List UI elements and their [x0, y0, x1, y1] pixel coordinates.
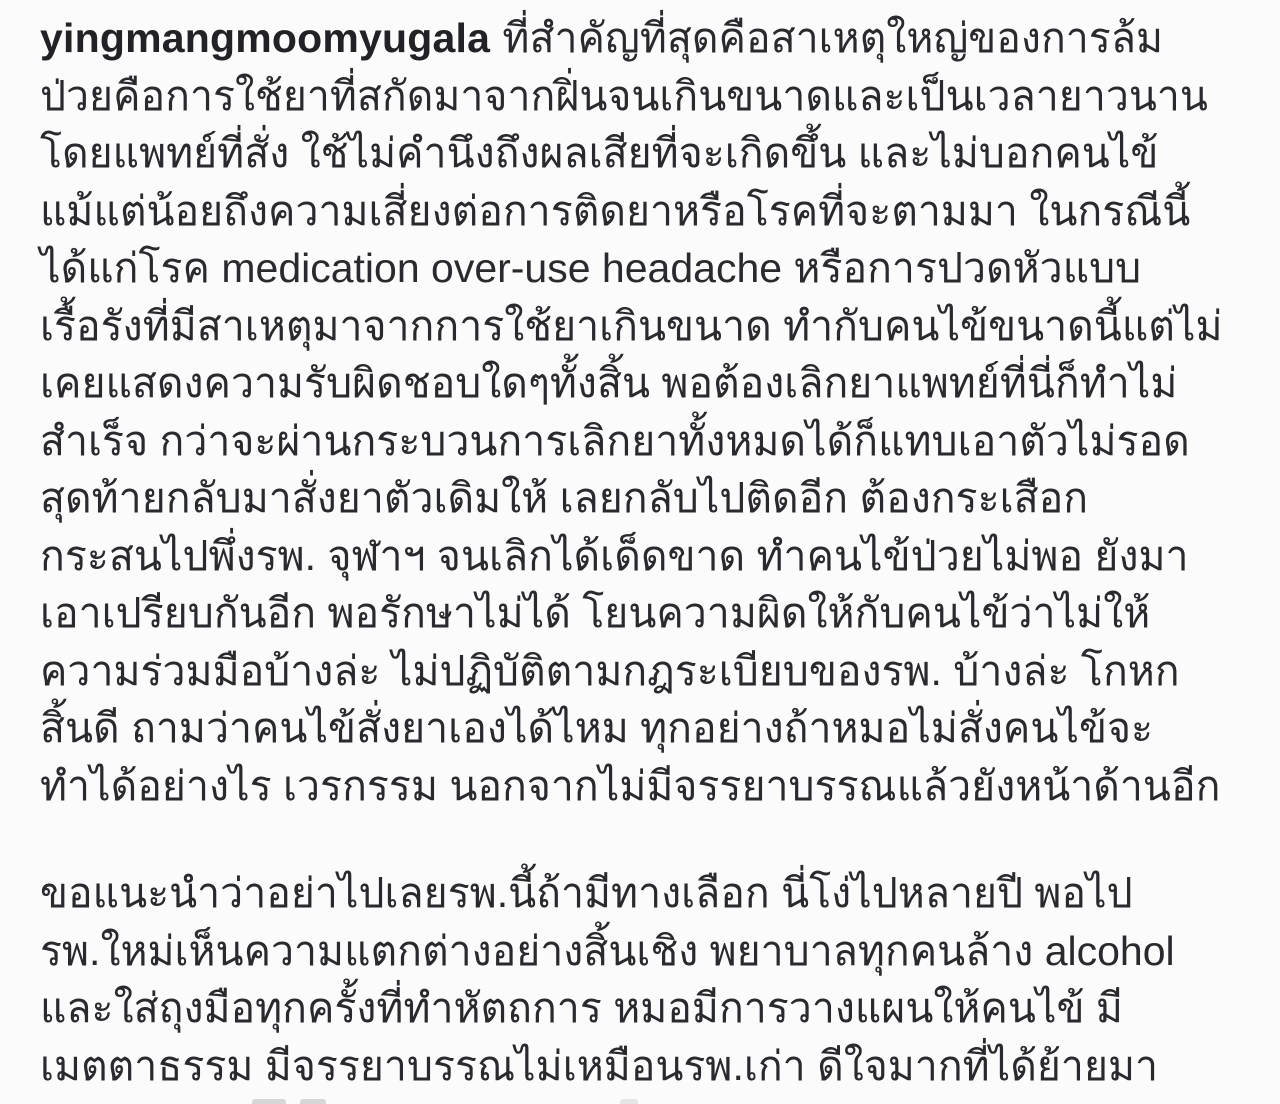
text-line: ความร่วมมือบ้างล่ะ ไม่ปฏิบัติตามกฎระเบีย…	[40, 643, 1260, 701]
text-line: สุดท้ายกลับมาสั่งยาตัวเดิมให้ เลยกลับไปต…	[40, 470, 1260, 528]
comment-first-line: yingmangmoomyugalaที่สำคัญที่สุดคือสาเหต…	[40, 10, 1260, 68]
text-line: ทำได้อย่างไร เวรกรรม นอกจากไม่มีจรรยาบรร…	[40, 758, 1260, 816]
text-line: ป่วยคือการใช้ยาที่สกัดมาจากฝิ่นจนเกินขนา…	[40, 68, 1260, 126]
text-line: เคยแสดงความรับผิดชอบใดๆทั้งสิ้น พอต้องเล…	[40, 355, 1260, 413]
truncated-line-remnant	[620, 1099, 638, 1104]
comment-paragraph-2: ขอแนะนำว่าอย่าไปเลยรพ.นี้ถ้ามีทางเลือก น…	[40, 865, 1260, 1095]
comment-first-line-text: ที่สำคัญที่สุดคือสาเหตุใหญ่ของการล้ม	[502, 15, 1163, 61]
text-line: โดยแพทย์ที่สั่ง ใช้ไม่คำนึงถึงผลเสียที่จ…	[40, 125, 1260, 183]
comment-paragraph-1: ป่วยคือการใช้ยาที่สกัดมาจากฝิ่นจนเกินขนา…	[40, 68, 1260, 816]
text-line: กระสนไปพึ่งรพ. จุฬาฯ จนเลิกได้เด็ดขาด ทำ…	[40, 528, 1260, 586]
text-line: เรื้อรังที่มีสาเหตุมาจากการใช้ยาเกินขนาด…	[40, 298, 1260, 356]
paragraph-gap	[40, 815, 1260, 865]
username-link[interactable]: yingmangmoomyugala	[40, 15, 490, 61]
text-line: และใส่ถุงมือทุกครั้งที่ทำหัตถการ หมอมีกา…	[40, 980, 1260, 1038]
truncated-line-remnant	[300, 1099, 326, 1104]
text-line: รพ.ใหม่เห็นความแตกต่างอย่างสิ้นเชิง พยาบ…	[40, 923, 1260, 981]
text-line: แม้แต่น้อยถึงความเสี่ยงต่อการติดยาหรือโร…	[40, 183, 1260, 241]
text-line: เมตตาธรรม มีจรรยาบรรณไม่เหมือนรพ.เก่า ดี…	[40, 1038, 1260, 1096]
text-line: ขอแนะนำว่าอย่าไปเลยรพ.นี้ถ้ามีทางเลือก น…	[40, 865, 1260, 923]
text-line: เอาเปรียบกันอีก พอรักษาไม่ได้ โยนความผิด…	[40, 585, 1260, 643]
truncated-line-remnant	[252, 1099, 286, 1104]
text-line: สำเร็จ กว่าจะผ่านกระบวนการเลิกยาทั้งหมดไ…	[40, 413, 1260, 471]
truncated-next-line	[0, 1096, 1280, 1104]
text-line: สิ้นดี ถามว่าคนไข้สั่งยาเองได้ไหม ทุกอย่…	[40, 700, 1260, 758]
text-line: ได้แก่โรค medication over-use headache ห…	[40, 240, 1260, 298]
comment-body: yingmangmoomyugalaที่สำคัญที่สุดคือสาเหต…	[40, 10, 1260, 1095]
